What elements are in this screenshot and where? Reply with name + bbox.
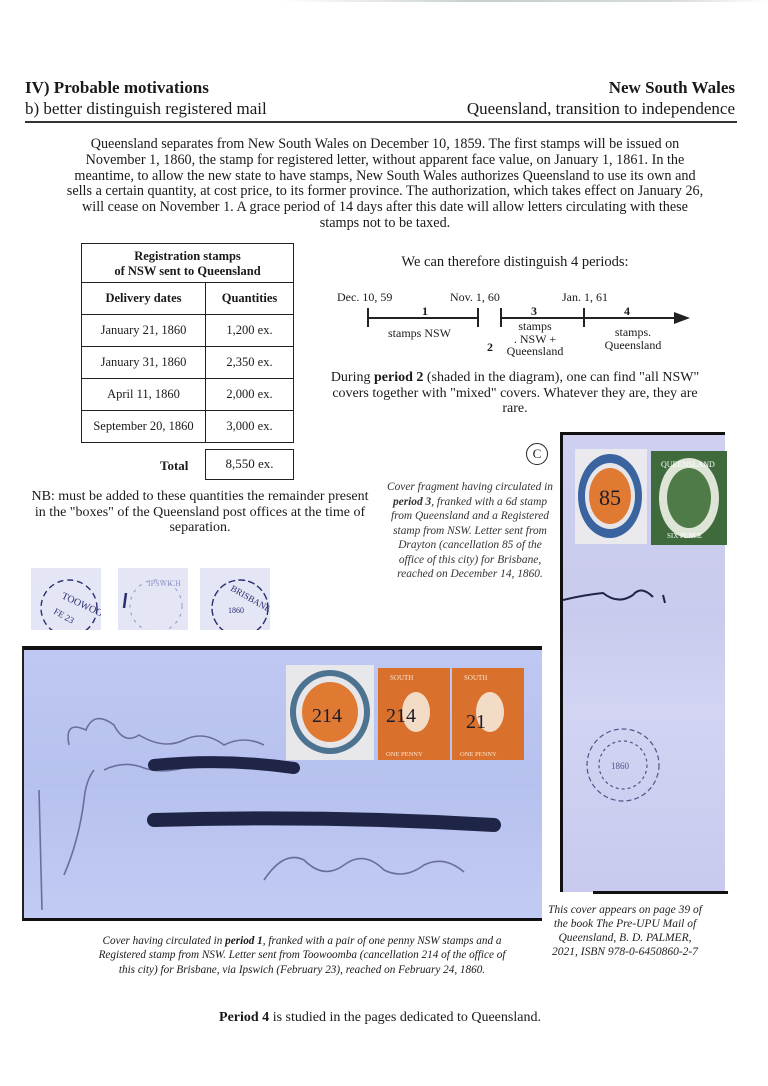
table-row: January 31, 1860 2,350 ex. bbox=[82, 347, 294, 379]
table-caption: Registration stamps of NSW sent to Queen… bbox=[82, 244, 294, 283]
section-title: IV) Probable motivations bbox=[25, 78, 209, 97]
nb-note: NB: must be added to these quantities th… bbox=[30, 489, 370, 536]
subsection-title: b) better distinguish registered mail bbox=[25, 99, 267, 118]
top-scan-strip bbox=[280, 0, 768, 2]
period-3-label: stamps . NSW + Queensland bbox=[505, 320, 565, 358]
date-jan-1-61: Jan. 1, 61 bbox=[562, 290, 608, 305]
column-header-dates: Delivery dates bbox=[82, 283, 206, 315]
fragment-caption: Cover fragment having circulated in peri… bbox=[385, 480, 555, 582]
svg-text:85: 85 bbox=[599, 485, 621, 510]
total-label: Total bbox=[160, 458, 188, 474]
svg-text:QUEENSLAND: QUEENSLAND bbox=[661, 460, 715, 469]
footer-note: Period 4 is studied in the pages dedicat… bbox=[150, 1010, 610, 1026]
table-row: January 21, 1860 1,200 ex. bbox=[82, 315, 294, 347]
svg-text:1860: 1860 bbox=[611, 761, 630, 771]
svg-text:214: 214 bbox=[312, 705, 342, 727]
svg-text:SOUTH: SOUTH bbox=[464, 674, 487, 682]
table-row: September 20, 1860 3,000 ex. bbox=[82, 411, 294, 443]
svg-text:1860: 1860 bbox=[228, 606, 244, 615]
timeline-arrowhead-icon bbox=[674, 311, 690, 325]
postmark-thumbnail-toowoomba: TOOWOOMBAFE 23 bbox=[31, 568, 101, 630]
svg-text:SOUTH: SOUTH bbox=[390, 674, 413, 682]
period-1-segment bbox=[367, 317, 478, 319]
registered-cover-image: 214 SOUTH SOUTH ONE PENNY ONE PENNY 214 … bbox=[22, 646, 542, 921]
column-header-quantities: Quantities bbox=[206, 283, 294, 315]
svg-text:21: 21 bbox=[466, 711, 486, 733]
svg-text:ONE PENNY: ONE PENNY bbox=[386, 751, 423, 758]
svg-text:214: 214 bbox=[386, 705, 416, 727]
periods-timeline: Dec. 10, 59 Nov. 1, 60 Jan. 1, 61 1 3 4 … bbox=[330, 285, 700, 370]
svg-text:SIX PENCE: SIX PENCE bbox=[667, 532, 702, 540]
header-rule bbox=[25, 121, 737, 123]
svg-text:ONE PENNY: ONE PENNY bbox=[460, 751, 497, 758]
timeline-title: We can therefore distinguish 4 periods: bbox=[330, 254, 700, 271]
header-line-2: b) better distinguish registered mail Qu… bbox=[25, 99, 735, 119]
postmark-thumbnail-brisbane: BRISBANE1860 bbox=[200, 568, 270, 630]
topic-title: Queensland, transition to independence bbox=[467, 99, 735, 119]
period-2-number: 2 bbox=[487, 340, 493, 355]
period-1-label: stamps NSW bbox=[388, 326, 451, 341]
book-reference-caption: This cover appears on page 39 of the boo… bbox=[545, 903, 705, 959]
total-value: 8,550 ex. bbox=[205, 449, 294, 480]
tick-nov bbox=[477, 308, 479, 327]
tick-start bbox=[367, 308, 369, 327]
copyright-icon: C bbox=[526, 443, 548, 465]
date-dec-10-59: Dec. 10, 59 bbox=[337, 290, 392, 305]
table-row: April 11, 1860 2,000 ex. bbox=[82, 379, 294, 411]
period-4-label: stamps. Queensland bbox=[598, 326, 668, 351]
cover-caption: Cover having circulated in period 1, fra… bbox=[92, 934, 512, 977]
fragment-bottom-edge bbox=[593, 891, 728, 894]
tick-jan bbox=[583, 308, 585, 327]
svg-text:IPSWICH: IPSWICH bbox=[148, 579, 181, 588]
fragment-artwork: 85 QUEENSLAND SIX PENCE 1860 bbox=[563, 435, 728, 895]
svg-text:FE 23: FE 23 bbox=[52, 606, 76, 626]
intro-paragraph: Queensland separates from New South Wale… bbox=[62, 137, 708, 232]
registration-stamps-table: Registration stamps of NSW sent to Queen… bbox=[81, 243, 294, 443]
header-line-1: IV) Probable motivations New South Wales bbox=[25, 78, 735, 98]
cover-fragment-image: 85 QUEENSLAND SIX PENCE 1860 bbox=[560, 432, 725, 892]
postmark-thumbnail-ipswich: IPSWICH bbox=[118, 568, 188, 630]
period-2-note: During period 2 (shaded in the diagram),… bbox=[330, 370, 700, 417]
cover-artwork: 214 SOUTH SOUTH ONE PENNY ONE PENNY 214 … bbox=[24, 650, 542, 918]
date-nov-1-60: Nov. 1, 60 bbox=[450, 290, 500, 305]
country-title: New South Wales bbox=[609, 78, 735, 98]
